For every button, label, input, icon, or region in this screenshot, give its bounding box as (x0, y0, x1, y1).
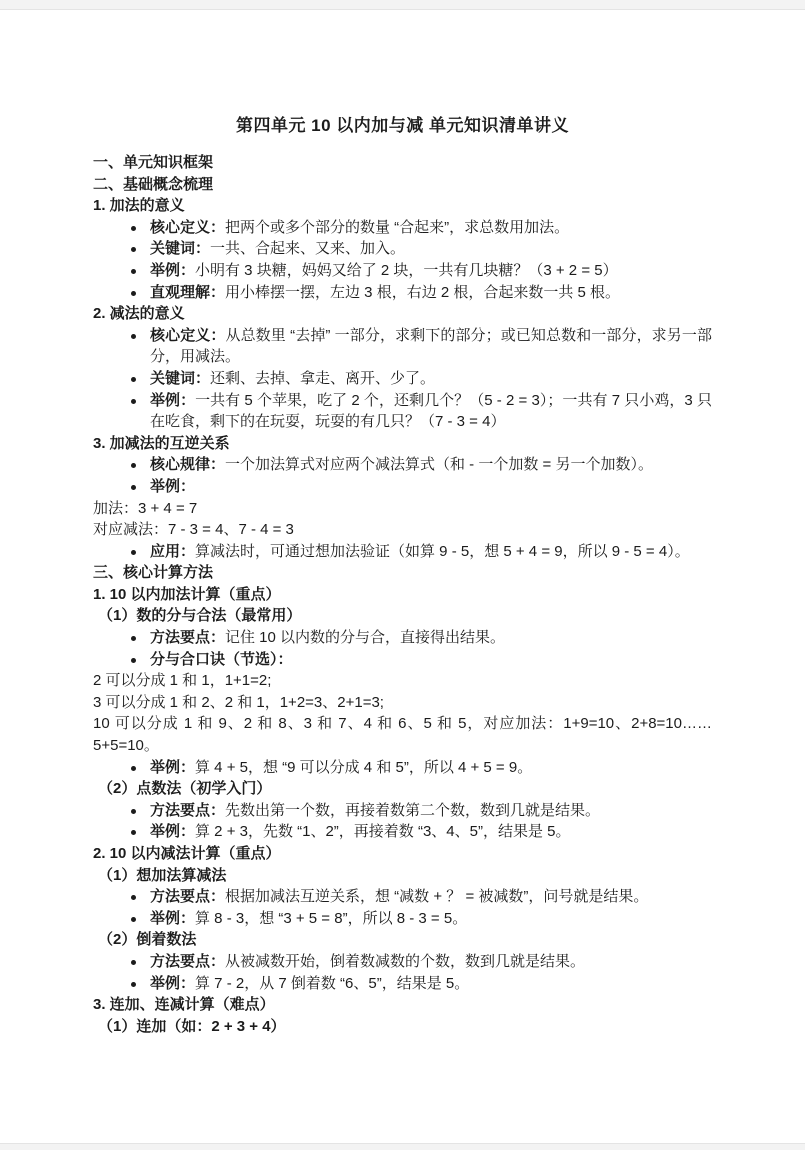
bullet-text: 算 2 + 3，先数 “1、2”，再接着数 “3、4、5”，结果是 5。 (195, 823, 571, 840)
doc-bullet: 方法要点：记住 10 以内数的分与合，直接得出结果。 (93, 627, 712, 649)
bullet-label: 应用： (150, 543, 195, 560)
bullet-icon (131, 334, 136, 339)
doc-plain: 10 可以分成 1 和 9、2 和 8、3 和 7、4 和 6、5 和 5，对应… (93, 713, 712, 756)
doc-bullet: 直观理解：用小棒摆一摆，左边 3 根，右边 2 根，合起来数一共 5 根。 (93, 282, 712, 304)
doc-subheading: （2）倒着数法 (93, 929, 712, 951)
bullet-label: 核心定义： (150, 219, 225, 236)
bullet-text: 记住 10 以内数的分与合，直接得出结果。 (225, 629, 505, 646)
doc-plain: 加法：3 + 4 = 7 (93, 498, 712, 520)
doc-bullet: 举例：一共有 5 个苹果，吃了 2 个，还剩几个？（5 - 2 = 3）；一共有… (93, 390, 712, 433)
doc-heading: 1. 10 以内加法计算（重点） (93, 584, 712, 606)
bullet-label: 举例： (150, 823, 195, 840)
bullet-icon (131, 226, 136, 231)
bullet-icon (131, 377, 136, 382)
doc-bullet: 举例：算 4 + 5，想 “9 可以分成 4 和 5”，所以 4 + 5 = 9… (93, 757, 712, 779)
bullet-text: 一个加法算式对应两个减法算式（和 - 一个加数 = 另一个加数）。 (225, 456, 653, 473)
doc-plain: 对应减法：7 - 3 = 4、7 - 4 = 3 (93, 519, 712, 541)
doc-heading: 3. 加减法的互逆关系 (93, 433, 712, 455)
bullet-label: 举例： (150, 910, 195, 927)
bullet-icon (131, 247, 136, 252)
bullet-label: 举例： (150, 478, 195, 495)
bullet-label: 核心规律： (150, 456, 225, 473)
bullet-icon (131, 399, 136, 404)
bullet-icon (131, 809, 136, 814)
bullet-icon (131, 463, 136, 468)
bullet-icon (131, 291, 136, 296)
bullet-text: 算 8 - 3，想 “3 + 5 = 8”，所以 8 - 3 = 5。 (195, 910, 467, 927)
doc-bullet: 举例：算 2 + 3，先数 “1、2”，再接着数 “3、4、5”，结果是 5。 (93, 821, 712, 843)
bullet-text: 把两个或多个部分的数量 “合起来”，求总数用加法。 (225, 219, 569, 236)
doc-subheading: （1）数的分与合法（最常用） (93, 605, 712, 627)
bullet-text: 小明有 3 块糖，妈妈又给了 2 块，一共有几块糖？（3 + 2 = 5） (195, 262, 618, 279)
bullet-icon (131, 895, 136, 900)
bullet-label: 方法要点： (150, 888, 225, 905)
doc-bullet: 关键词：一共、合起来、又来、加入。 (93, 238, 712, 260)
bullet-icon (131, 269, 136, 274)
bullet-label: 方法要点： (150, 629, 225, 646)
bullet-icon (131, 636, 136, 641)
bullet-label: 关键词： (150, 370, 210, 387)
doc-plain: 2 可以分成 1 和 1，1+1=2; (93, 670, 712, 692)
doc-bullet: 核心定义：从总数里 “去掉” 一部分，求剩下的部分；或已知总数和一部分，求另一部… (93, 325, 712, 368)
doc-bullet: 举例： (93, 476, 712, 498)
doc-heading: 2. 10 以内减法计算（重点） (93, 843, 712, 865)
doc-title: 第四单元 10 以内加与减 单元知识清单讲义 (93, 114, 712, 138)
bullet-label: 关键词： (150, 240, 210, 257)
doc-bullet: 核心定义：把两个或多个部分的数量 “合起来”，求总数用加法。 (93, 217, 712, 239)
doc-bullet: 应用：算减法时，可通过想加法验证（如算 9 - 5，想 5 + 4 = 9，所以… (93, 541, 712, 563)
doc-subheading: （2）点数法（初学入门） (93, 778, 712, 800)
bullet-text: 一共、合起来、又来、加入。 (210, 240, 405, 257)
bullet-text: 算 4 + 5，想 “9 可以分成 4 和 5”，所以 4 + 5 = 9。 (195, 759, 532, 776)
bullet-text: 根据加减法互逆关系，想 “减数 + ？ = 被减数”，问号就是结果。 (225, 888, 648, 905)
doc-bullet: 举例：算 8 - 3，想 “3 + 5 = 8”，所以 8 - 3 = 5。 (93, 908, 712, 930)
bullet-icon (131, 982, 136, 987)
bullet-icon (131, 960, 136, 965)
bullet-text: 从被减数开始，倒着数减数的个数，数到几就是结果。 (225, 953, 585, 970)
bullet-icon (131, 658, 136, 663)
bullet-text: 用小棒摆一摆，左边 3 根，右边 2 根，合起来数一共 5 根。 (225, 284, 620, 301)
doc-heading: 一、单元知识框架 (93, 152, 712, 174)
bullet-text: 算 7 - 2，从 7 倒着数 “6、5”，结果是 5。 (195, 975, 469, 992)
doc-heading: 三、核心计算方法 (93, 562, 712, 584)
doc-heading: 二、基础概念梳理 (93, 174, 712, 196)
bullet-text: 先数出第一个数，再接着数第二个数，数到几就是结果。 (225, 802, 600, 819)
doc-bullet: 举例：算 7 - 2，从 7 倒着数 “6、5”，结果是 5。 (93, 973, 712, 995)
bullet-icon (131, 485, 136, 490)
bullet-icon (131, 917, 136, 922)
doc-plain: 3 可以分成 1 和 2、2 和 1，1+2=3、2+1=3; (93, 692, 712, 714)
doc-heading: 2. 减法的意义 (93, 303, 712, 325)
doc-subheading: （1）连加（如：2 + 3 + 4） (93, 1016, 712, 1038)
bullet-label: 举例： (150, 262, 195, 279)
doc-heading: 1. 加法的意义 (93, 195, 712, 217)
doc-bullet: 方法要点：先数出第一个数，再接着数第二个数，数到几就是结果。 (93, 800, 712, 822)
bullet-icon (131, 766, 136, 771)
bullet-text: 从总数里 “去掉” 一部分，求剩下的部分；或已知总数和一部分，求另一部分，用减法… (150, 327, 712, 366)
doc-bullet: 核心规律：一个加法算式对应两个减法算式（和 - 一个加数 = 另一个加数）。 (93, 454, 712, 476)
bullet-label: 举例： (150, 759, 195, 776)
doc-bullet: 方法要点：从被减数开始，倒着数减数的个数，数到几就是结果。 (93, 951, 712, 973)
bullet-label: 方法要点： (150, 802, 225, 819)
doc-bullet: 分与合口诀（节选）： (93, 649, 712, 671)
bullet-label: 核心定义： (150, 327, 225, 344)
document-page: 第四单元 10 以内加与减 单元知识清单讲义 一、单元知识框架二、基础概念梳理1… (0, 9, 805, 1144)
doc-heading: 3. 连加、连减计算（难点） (93, 994, 712, 1016)
doc-blocks: 一、单元知识框架二、基础概念梳理1. 加法的意义核心定义：把两个或多个部分的数量… (93, 152, 712, 1037)
bullet-label: 举例： (150, 975, 195, 992)
doc-bullet: 举例：小明有 3 块糖，妈妈又给了 2 块，一共有几块糖？（3 + 2 = 5） (93, 260, 712, 282)
bullet-label: 直观理解： (150, 284, 225, 301)
bullet-text: 还剩、去掉、拿走、离开、少了。 (210, 370, 435, 387)
bullet-text: 算减法时，可通过想加法验证（如算 9 - 5，想 5 + 4 = 9，所以 9 … (195, 543, 690, 560)
doc-bullet: 关键词：还剩、去掉、拿走、离开、少了。 (93, 368, 712, 390)
bullet-label: 方法要点： (150, 953, 225, 970)
bullet-label: 举例： (150, 392, 195, 409)
bullet-icon (131, 830, 136, 835)
bullet-icon (131, 550, 136, 555)
doc-bullet: 方法要点：根据加减法互逆关系，想 “减数 + ？ = 被减数”，问号就是结果。 (93, 886, 712, 908)
bullet-text: 一共有 5 个苹果，吃了 2 个，还剩几个？（5 - 2 = 3）；一共有 7 … (150, 392, 712, 431)
doc-subheading: （1）想加法算减法 (93, 865, 712, 887)
bullet-label: 分与合口诀（节选）： (150, 651, 293, 668)
